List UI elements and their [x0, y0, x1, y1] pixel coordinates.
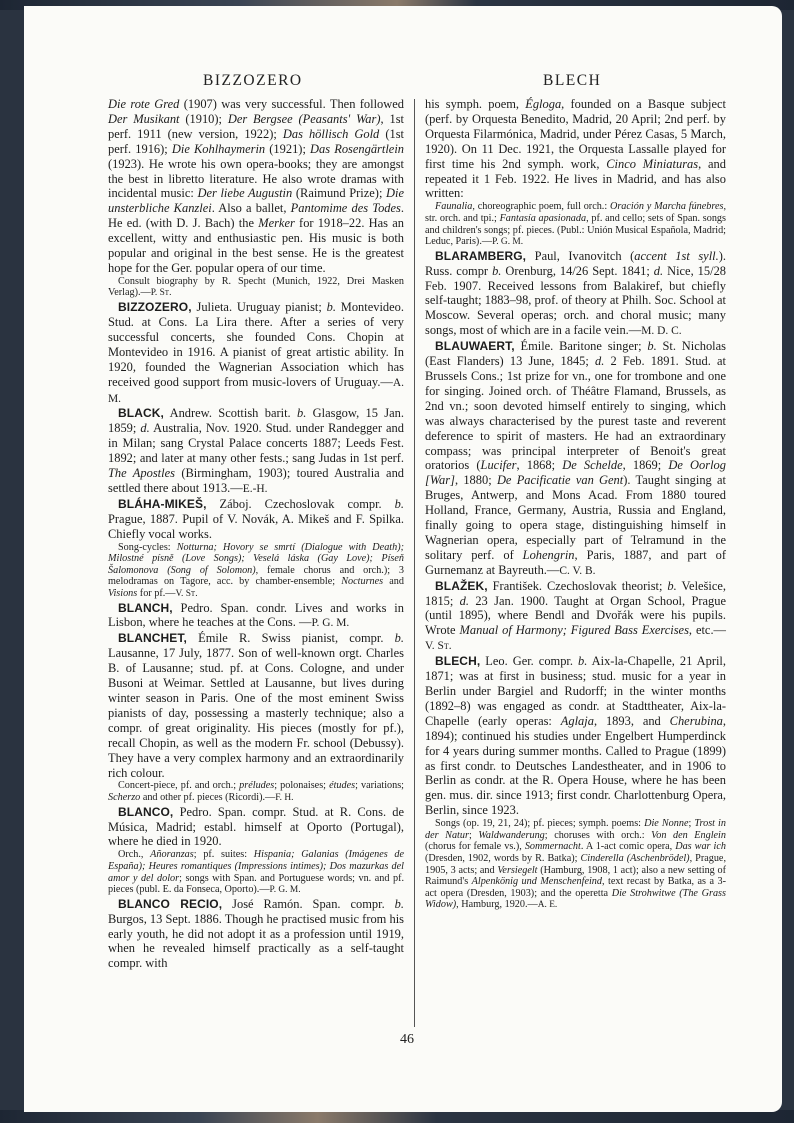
author-signature: E.-H. — [243, 483, 268, 495]
headword: BLECH, — [435, 654, 480, 668]
headword: BLÁHA-MIKEŠ, — [118, 497, 207, 511]
column-divider — [414, 99, 415, 1027]
entry-bizzozero-continued: Die rote Gred (1907) was very successful… — [108, 97, 404, 276]
right-column: his symph. poem, Égloga, founded on a Ba… — [425, 97, 726, 912]
entry-note: Songs (op. 19, 21, 24); pf. pieces; symp… — [425, 818, 726, 912]
running-head-right: BLECH — [543, 72, 601, 90]
headword: BLARAMBERG, — [435, 249, 526, 263]
entry-blaha-mikes: BLÁHA-MIKEŠ, Záboj. Czechoslovak compr. … — [108, 497, 404, 542]
entry-blanco-pedro: BLANCO, Pedro. Span. compr. Stud. at R. … — [108, 805, 404, 850]
entry-blanco-recio: BLANCO RECIO, José Ramón. Span. compr. b… — [108, 897, 404, 972]
left-column: Die rote Gred (1907) was very successful… — [108, 97, 404, 971]
running-head-left: BIZZOZERO — [203, 72, 303, 90]
entry-black-andrew: BLACK, Andrew. Scottish barit. b. Glasgo… — [108, 406, 404, 496]
author-signature: P. G. M. — [270, 885, 301, 895]
entry-blazek-frantisek: BLAŽEK, František. Czechoslovak theorist… — [425, 579, 726, 655]
page-number: 46 — [400, 1032, 414, 1048]
headword: BLAŽEK, — [435, 579, 488, 593]
author-signature: P. G. M. — [492, 237, 523, 247]
entry-blauwaert-emile: BLAUWAERT, Émile. Baritone singer; b. St… — [425, 339, 726, 579]
entry-note: Song-cycles: Notturna; Hovory se smrtí (… — [108, 542, 404, 601]
entry-note: Orch., Añoranzas; pf. suites: Hispania; … — [108, 849, 404, 896]
entry-blanco-recio-continued: his symph. poem, Égloga, founded on a Ba… — [425, 97, 726, 201]
entry-note: Faunalia, choreographic poem, full orch.… — [425, 201, 726, 248]
headword: BLACK, — [118, 406, 164, 420]
author-signature: V. St. — [175, 589, 197, 599]
entry-blaramberg-paul: BLARAMBERG, Paul, Ivanovitch (accent 1st… — [425, 249, 726, 339]
author-signature: F. H. — [275, 793, 293, 803]
entry-note: Concert-piece, pf. and orch.; préludes; … — [108, 780, 404, 804]
entry-blanchet-emile: BLANCHET, Émile R. Swiss pianist, compr.… — [108, 631, 404, 780]
headword: BLANCO RECIO, — [118, 897, 222, 911]
headword: BLANCO, — [118, 805, 173, 819]
entry-blech-leo: BLECH, Leo. Ger. compr. b. Aix-la-Chapel… — [425, 654, 726, 818]
author-signature: A. E. — [538, 900, 558, 910]
headword: BLANCH, — [118, 601, 173, 615]
headword: BIZZOZERO, — [118, 300, 192, 314]
author-signature: P. St. — [151, 288, 172, 298]
author-signature: V. St. — [425, 640, 452, 652]
entry-blanch-pedro: BLANCH, Pedro. Span. condr. Lives and wo… — [108, 601, 404, 632]
headword: BLANCHET, — [118, 631, 187, 645]
author-signature: P. G. M. — [311, 617, 349, 629]
entry-bizzozero-julieta: BIZZOZERO, Julieta. Uruguay pianist; b. … — [108, 300, 404, 406]
author-signature: M. D. C. — [641, 325, 681, 337]
entry-note: Consult biography by R. Specht (Munich, … — [108, 276, 404, 300]
headword: BLAUWAERT, — [435, 339, 515, 353]
author-signature: C. V. B. — [559, 565, 595, 577]
